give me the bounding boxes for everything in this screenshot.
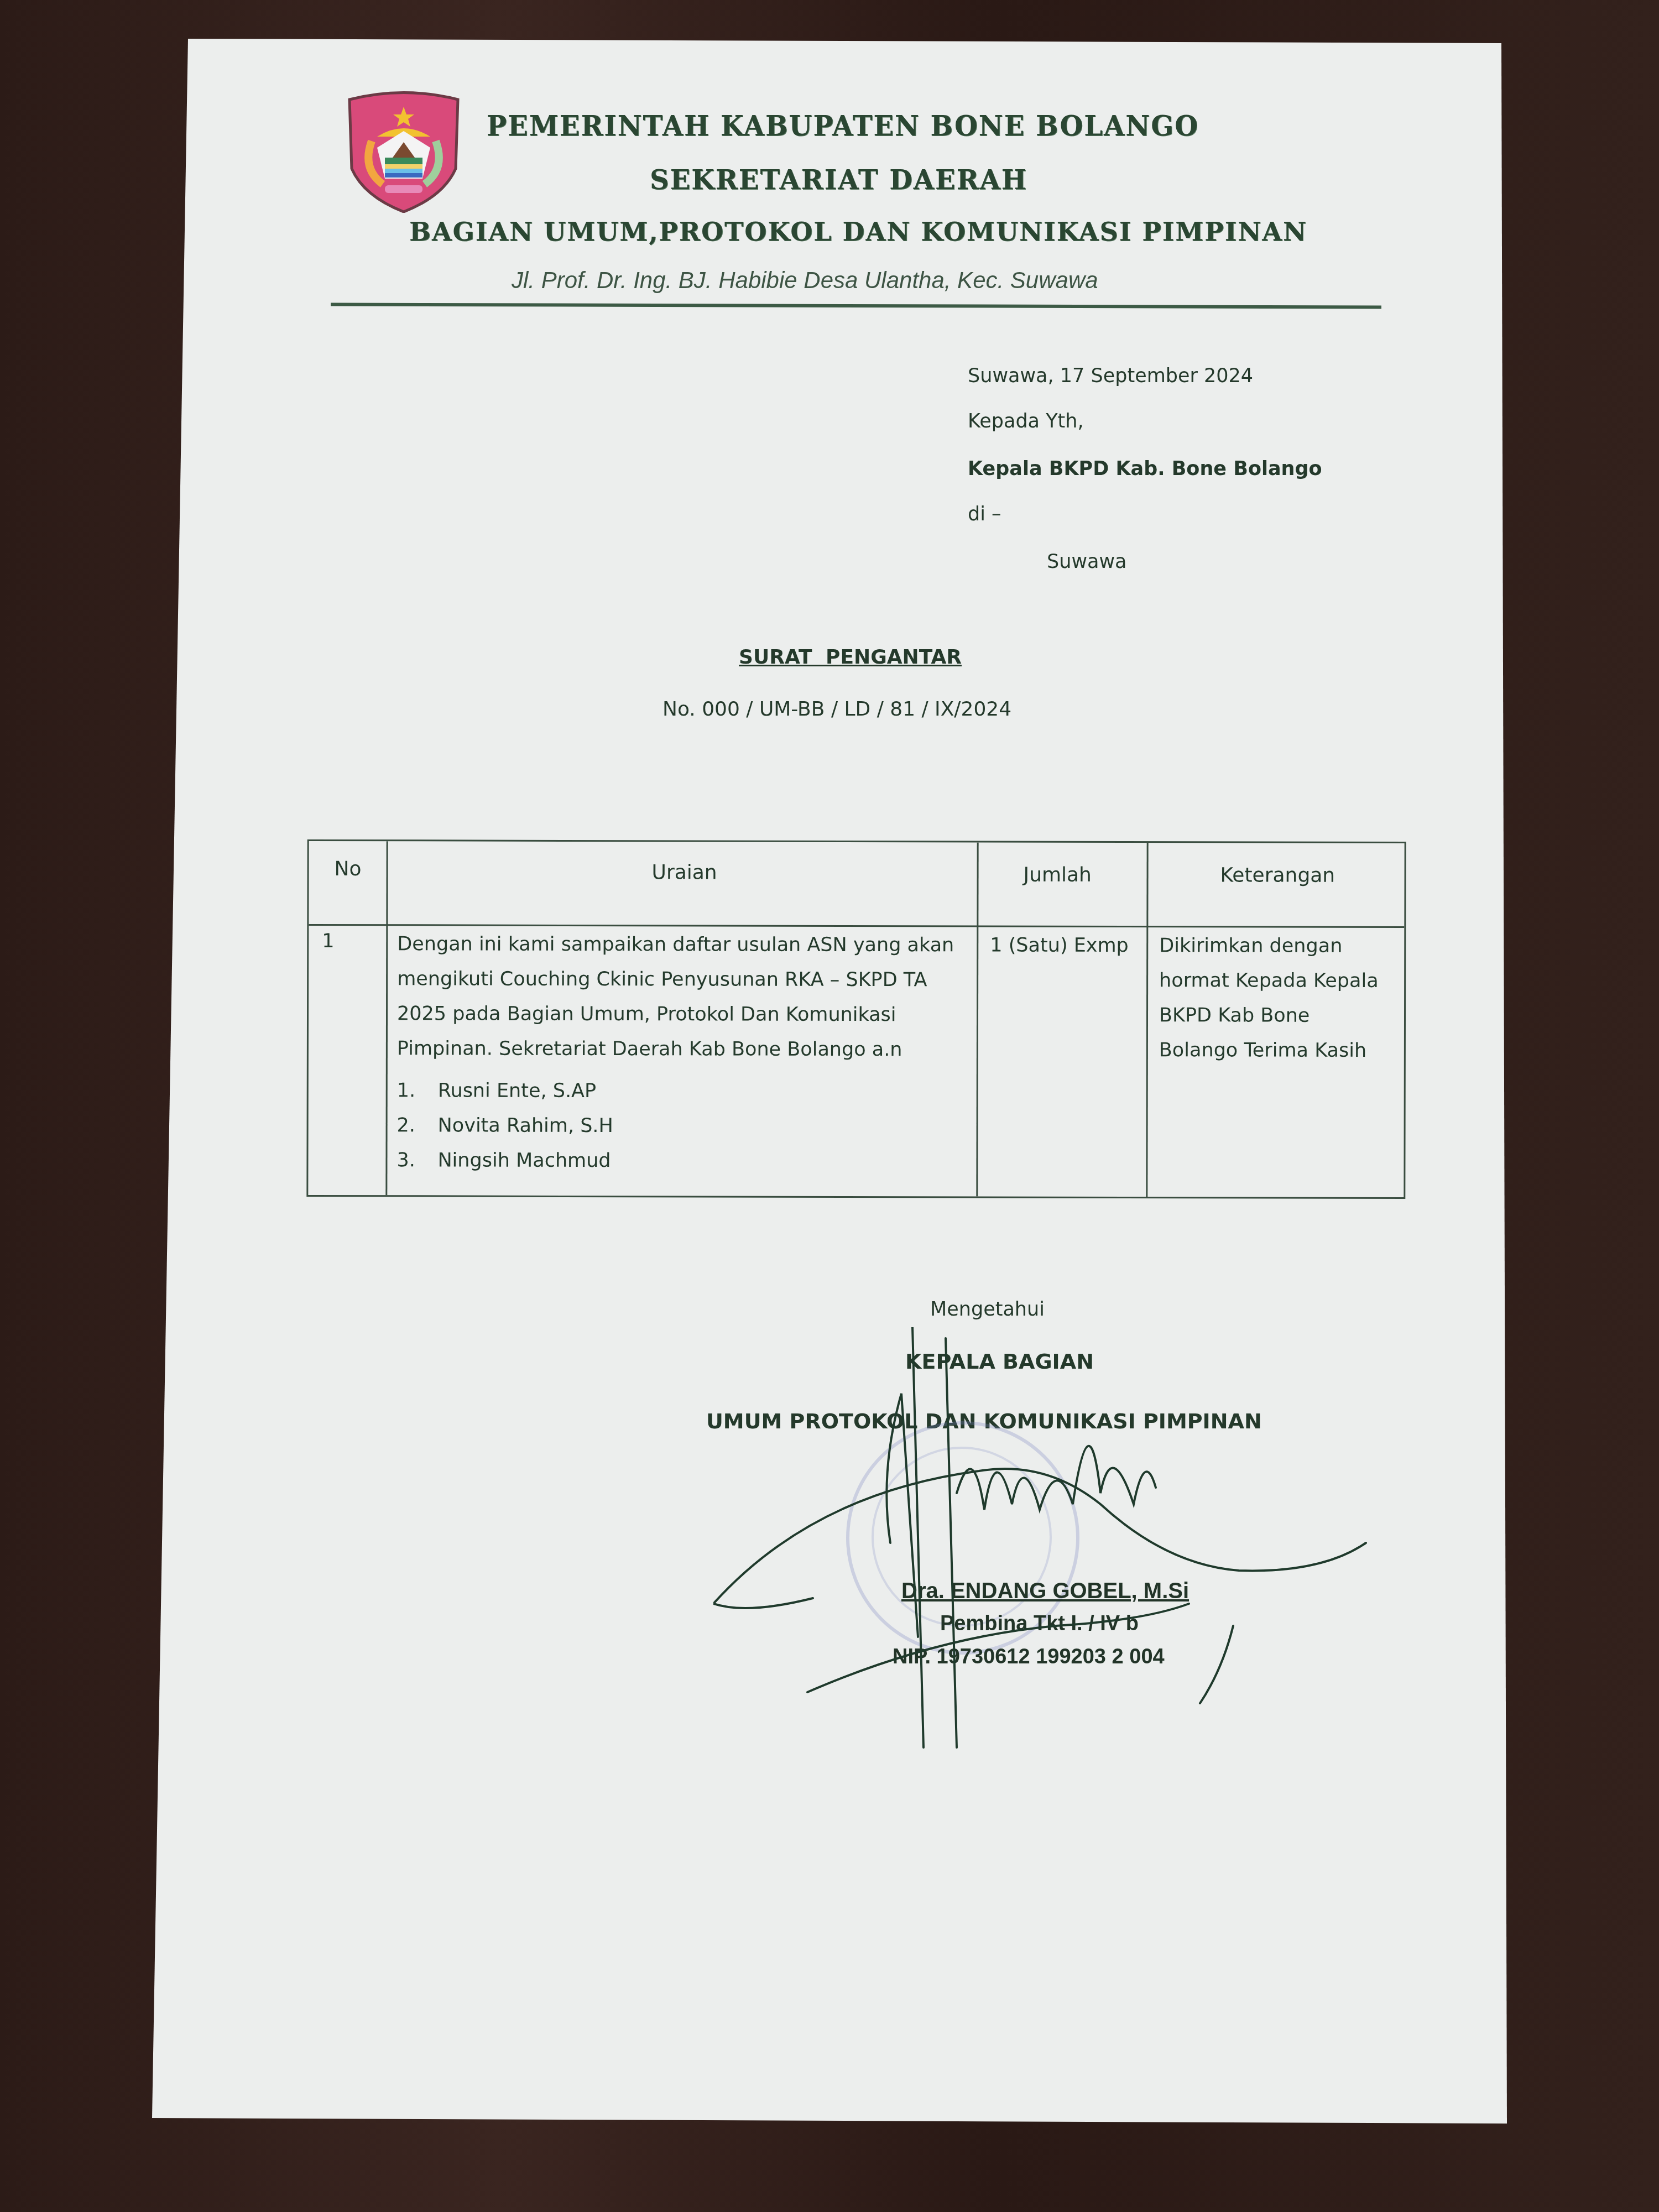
header-keterangan: Keterangan <box>1220 864 1335 886</box>
signatory-name: Dra. ENDANG GOBEL, M.Si <box>901 1579 1189 1604</box>
row-uraian: Dengan ini kami sampaikan daftar usulan … <box>397 927 954 1067</box>
participant-list: 1.Rusni Ente, S.AP 2.Novita Rahim, S.H 3… <box>397 1073 613 1178</box>
row-keterangan: Dikirimkan dengan hormat Kepada Kepala B… <box>1159 928 1379 1068</box>
row-jumlah: 1 (Satu) Exmp <box>990 928 1129 964</box>
letter-number: No. 000 / UM-BB / LD / 81 / IX/2024 <box>662 698 1011 721</box>
regency-emblem-icon <box>338 86 469 213</box>
letter-date: Suwawa, 17 September 2024 <box>968 365 1253 387</box>
participant-name: Ningsih Machmud <box>437 1149 611 1172</box>
letterhead-address: Jl. Prof. Dr. Ing. BJ. Habibie Desa Ulan… <box>512 267 1098 294</box>
letterhead-line-2: SEKRETARIAT DAERAH <box>650 165 1027 196</box>
header-no: No <box>335 858 362 880</box>
uraian-line: 2025 pada Bagian Umum, Protokol Dan Komu… <box>397 997 954 1032</box>
participant-item: 3.Ningsih Machmud <box>397 1143 613 1178</box>
participant-name: Rusni Ente, S.AP <box>438 1079 596 1102</box>
letterhead-line-3: BAGIAN UMUM,PROTOKOL DAN KOMUNIKASI PIMP… <box>409 217 1307 247</box>
salutation: Kepada Yth, <box>968 410 1084 432</box>
uraian-line: Pimpinan. Sekretariat Daerah Kab Bone Bo… <box>397 1031 954 1067</box>
column-divider <box>385 841 388 1195</box>
cover-letter-table: No Uraian Jumlah Keterangan 1 Dengan ini… <box>306 839 1406 1199</box>
recipient-di: di – <box>968 503 1001 525</box>
signatory-position-1: KEPALA BAGIAN <box>905 1349 1094 1374</box>
header-uraian: Uraian <box>652 861 717 884</box>
keterangan-line: Dikirimkan dengan <box>1159 928 1379 964</box>
column-divider <box>1146 843 1148 1197</box>
header-jumlah: Jumlah <box>1024 864 1092 886</box>
acknowledged-label: Mengetahui <box>930 1298 1045 1321</box>
recipient-name: Kepala BKPD Kab. Bone Bolango <box>968 458 1322 480</box>
uraian-line: Dengan ini kami sampaikan daftar usulan … <box>397 927 954 963</box>
participant-name: Novita Rahim, S.H <box>438 1114 613 1137</box>
column-divider <box>976 842 978 1196</box>
letter-document: PEMERINTAH KABUPATEN BONE BOLANGO SEKRET… <box>0 0 1659 2212</box>
keterangan-line: BKPD Kab Bone <box>1159 998 1379 1034</box>
signatory-rank: Pembina Tkt I. / IV b <box>940 1612 1139 1636</box>
keterangan-line: hormat Kepada Kepala <box>1159 963 1379 999</box>
letter-title: SURAT PENGANTAR <box>739 646 962 669</box>
keterangan-line: Bolango Terima Kasih <box>1159 1033 1379 1068</box>
uraian-line: mengikuti Couching Ckinic Penyusunan RKA… <box>397 962 954 998</box>
participant-item: 1.Rusni Ente, S.AP <box>397 1073 613 1109</box>
participant-item: 2.Novita Rahim, S.H <box>397 1108 613 1144</box>
letterhead-divider <box>331 303 1381 309</box>
letterhead-line-1: PEMERINTAH KABUPATEN BONE BOLANGO <box>487 110 1199 143</box>
recipient-place: Suwawa <box>1047 551 1127 573</box>
row-no: 1 <box>322 924 334 959</box>
signatory-nip: NIP. 19730612 199203 2 004 <box>893 1645 1165 1669</box>
